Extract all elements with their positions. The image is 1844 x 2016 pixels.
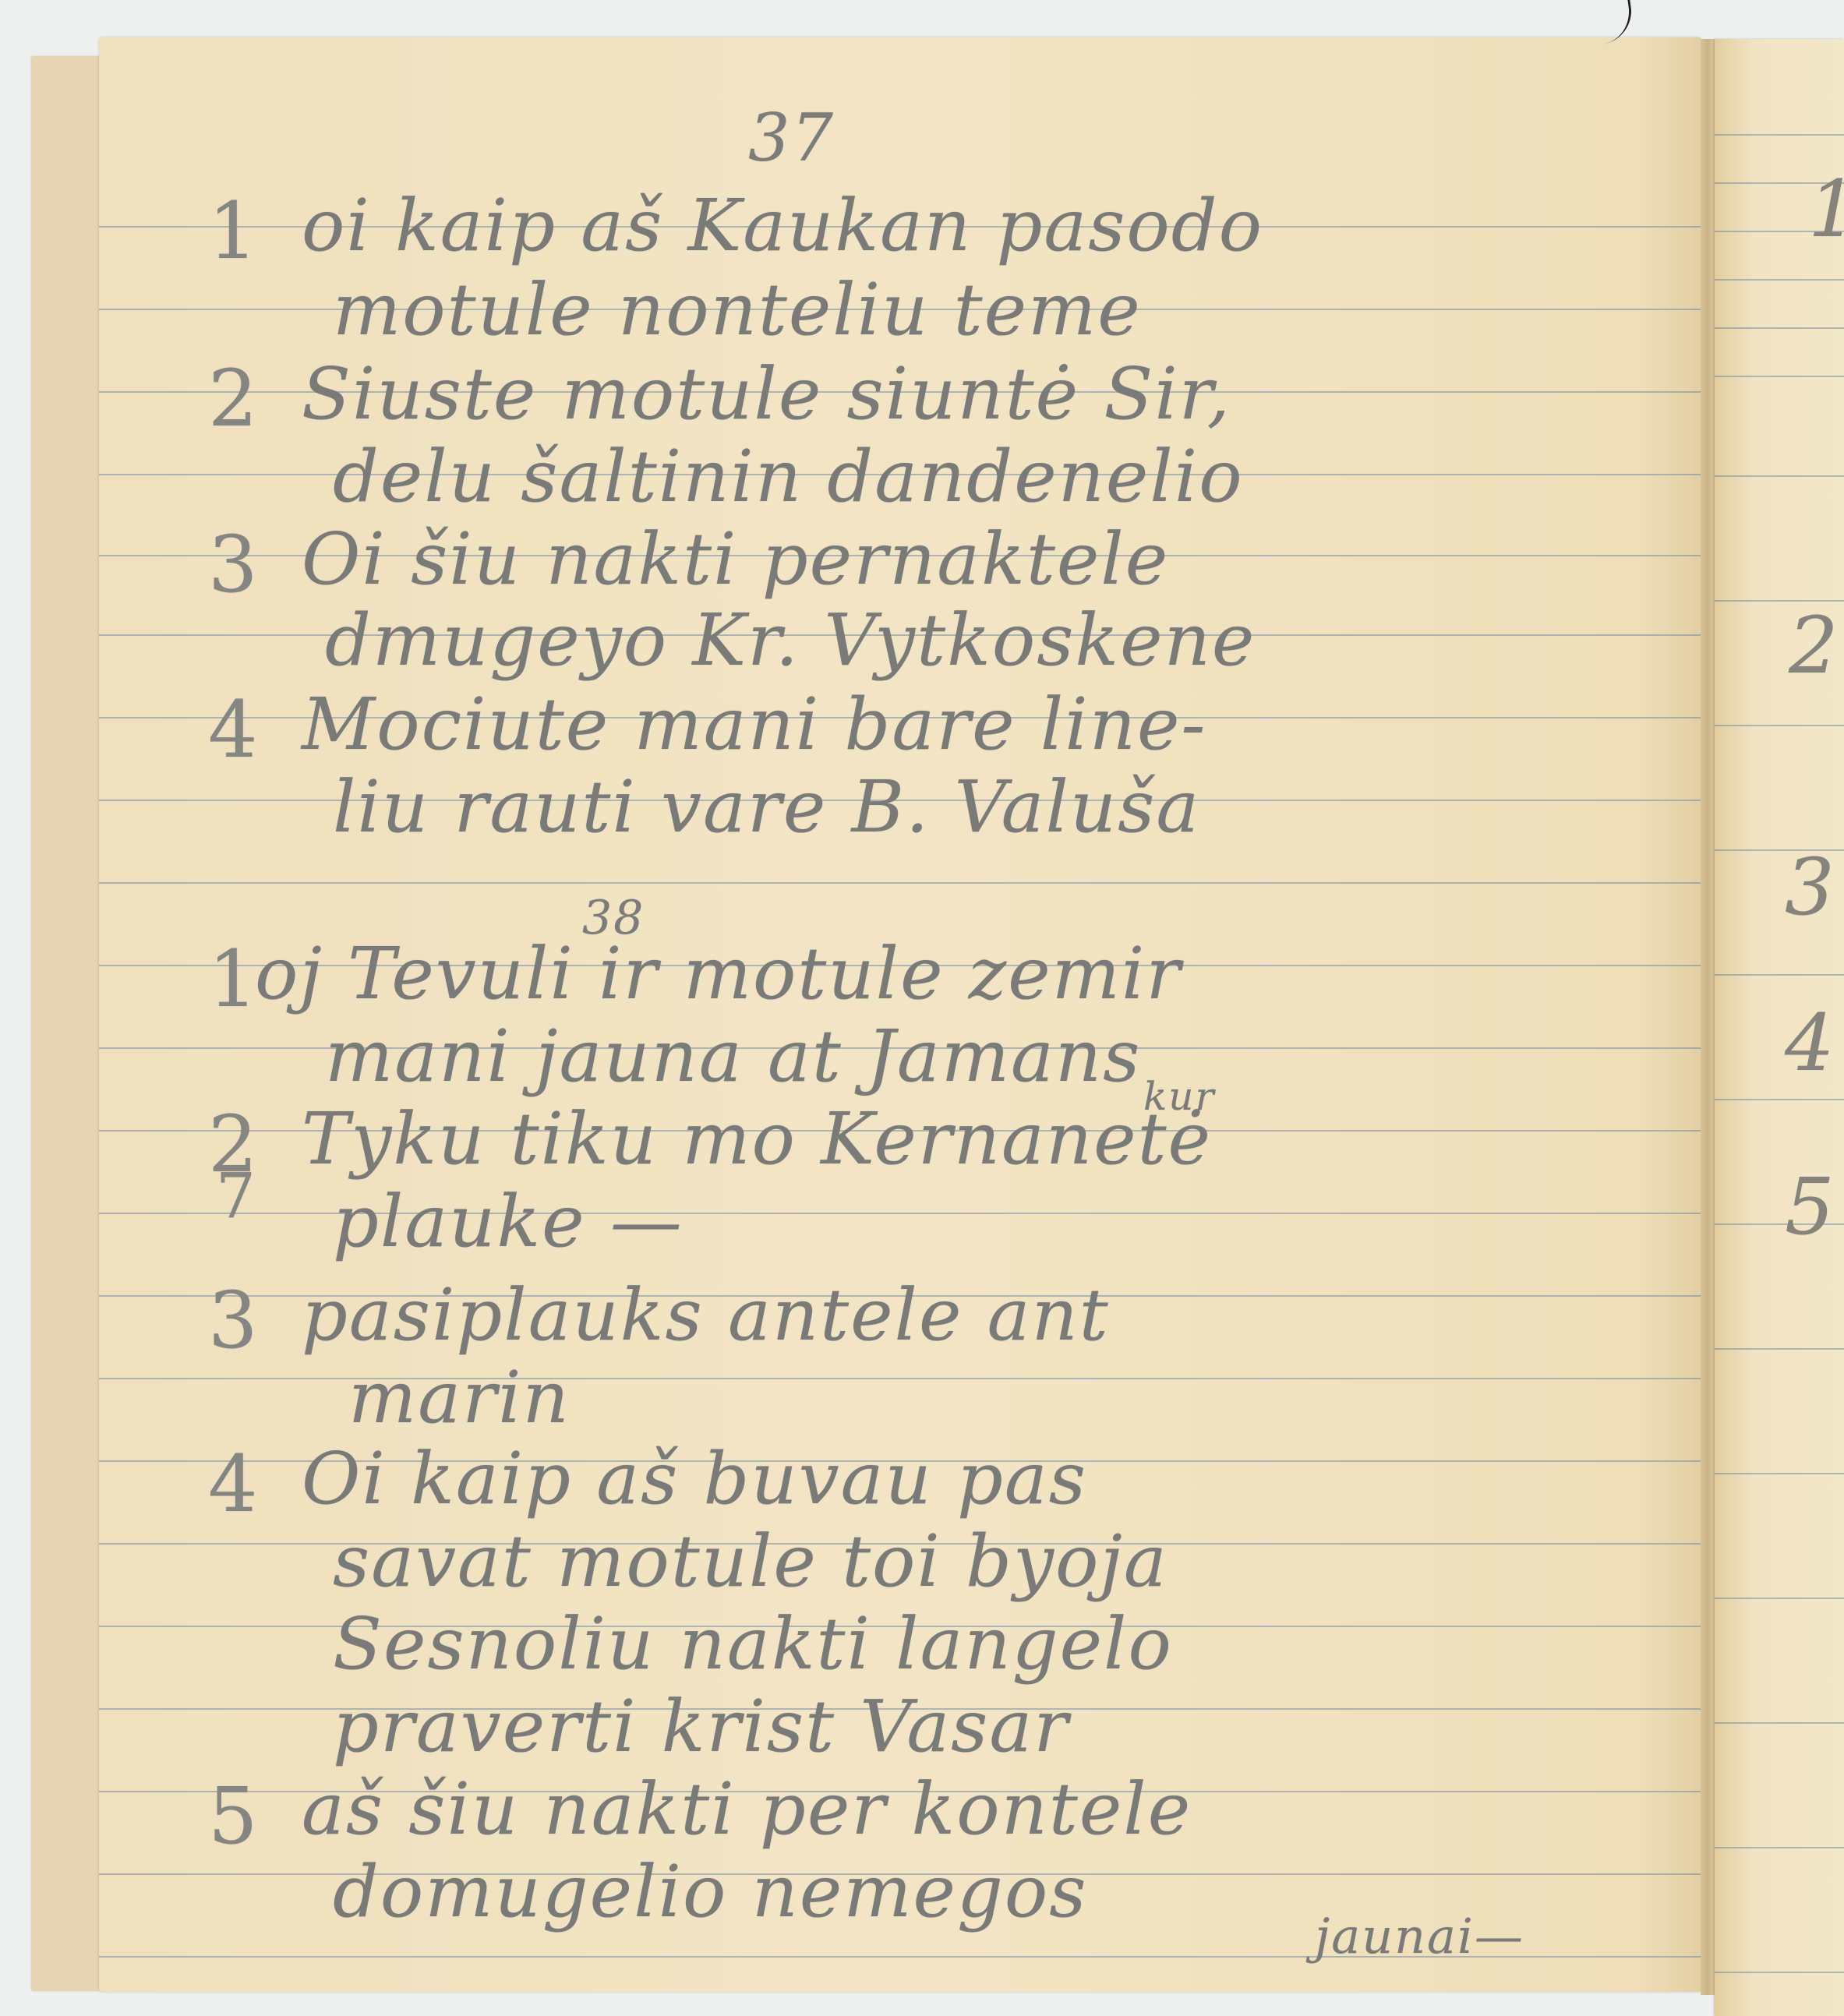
ruled-line	[1715, 974, 1844, 976]
verse-line: aš šiu nakti per kontele	[302, 1767, 1192, 1851]
ruled-line	[1715, 1348, 1844, 1350]
verse-line: Sesnoliu nakti langelo	[333, 1602, 1173, 1686]
verse-number: 2	[208, 353, 260, 444]
ruled-line	[99, 882, 1701, 884]
ruled-line	[1715, 279, 1844, 281]
verse-line: delu šaltinin dandenelio	[333, 435, 1244, 518]
verse-number: 5	[208, 1771, 260, 1862]
verse-line: pasiplauks antele ant	[302, 1273, 1110, 1357]
ruled-line	[1715, 725, 1844, 726]
verse-number: 1	[208, 934, 260, 1025]
verse-number: 1	[208, 185, 260, 277]
margin-mark: 7	[216, 1160, 257, 1232]
ruled-line	[1715, 1473, 1844, 1474]
verse-line: praverti krist Vasar	[333, 1685, 1069, 1768]
ruled-line	[1715, 1972, 1844, 1973]
verse-line: plauke —	[333, 1180, 684, 1263]
verse-line: Tyku tiku mo Kernanetė	[302, 1097, 1212, 1181]
ruled-line	[1715, 327, 1844, 329]
verse-line: Oi kaip aš buvau pas	[302, 1437, 1087, 1520]
back-sheet	[31, 56, 109, 1991]
page-gutter	[1701, 39, 1715, 1995]
right-page-number: 2	[1789, 600, 1840, 691]
ruled-line	[1715, 1847, 1844, 1848]
ruled-line	[99, 1378, 1701, 1379]
ruled-line	[1715, 1598, 1844, 1599]
right-page-number: 3	[1785, 842, 1836, 933]
verse-line: oj Tevuli ir motule zemir	[255, 932, 1182, 1015]
verse-line: liu rauti vare B. Valuša	[333, 765, 1200, 849]
verse-line: Siuste motule siuntė Sir,	[302, 352, 1231, 436]
ruled-line	[1715, 1722, 1844, 1724]
verse-number: 3	[208, 519, 260, 610]
ruled-line	[1715, 1099, 1844, 1100]
right-page-number: 4	[1785, 997, 1836, 1089]
ruled-line	[1715, 134, 1844, 136]
notebook-page-left: 37 1 oi kaip aš Kaukan pasodo motule non…	[99, 37, 1701, 1992]
verse-line: mani jauna at Jamans	[325, 1015, 1141, 1098]
song-number-37: 37	[748, 100, 835, 176]
ruled-line	[1715, 376, 1844, 377]
verse-number: 4	[208, 1439, 260, 1530]
notebook-page-right: 1 2 3 4 5	[1715, 39, 1844, 2016]
verse-line: savat motule toi byoja	[333, 1520, 1168, 1603]
trailing-note: jaunai—	[1315, 1908, 1524, 1965]
verse-number: 4	[208, 684, 260, 775]
verse-line: motule nonteliu teme	[333, 268, 1142, 351]
verse-line: Mociute mani bare line-	[302, 683, 1207, 766]
verse-number: 3	[208, 1275, 260, 1366]
right-page-number: 5	[1785, 1161, 1836, 1252]
right-page-number: 1	[1808, 164, 1844, 255]
verse-line: domugelio nemegos	[333, 1850, 1087, 1933]
verse-line: oi kaip aš Kaukan pasodo	[302, 184, 1263, 267]
verse-line: marin	[348, 1356, 571, 1439]
ruled-line	[1715, 475, 1844, 477]
verse-line: dmugeyo Kr. Vytkoskene	[325, 598, 1256, 682]
verse-line: Oi šiu nakti pernaktele	[302, 517, 1169, 601]
